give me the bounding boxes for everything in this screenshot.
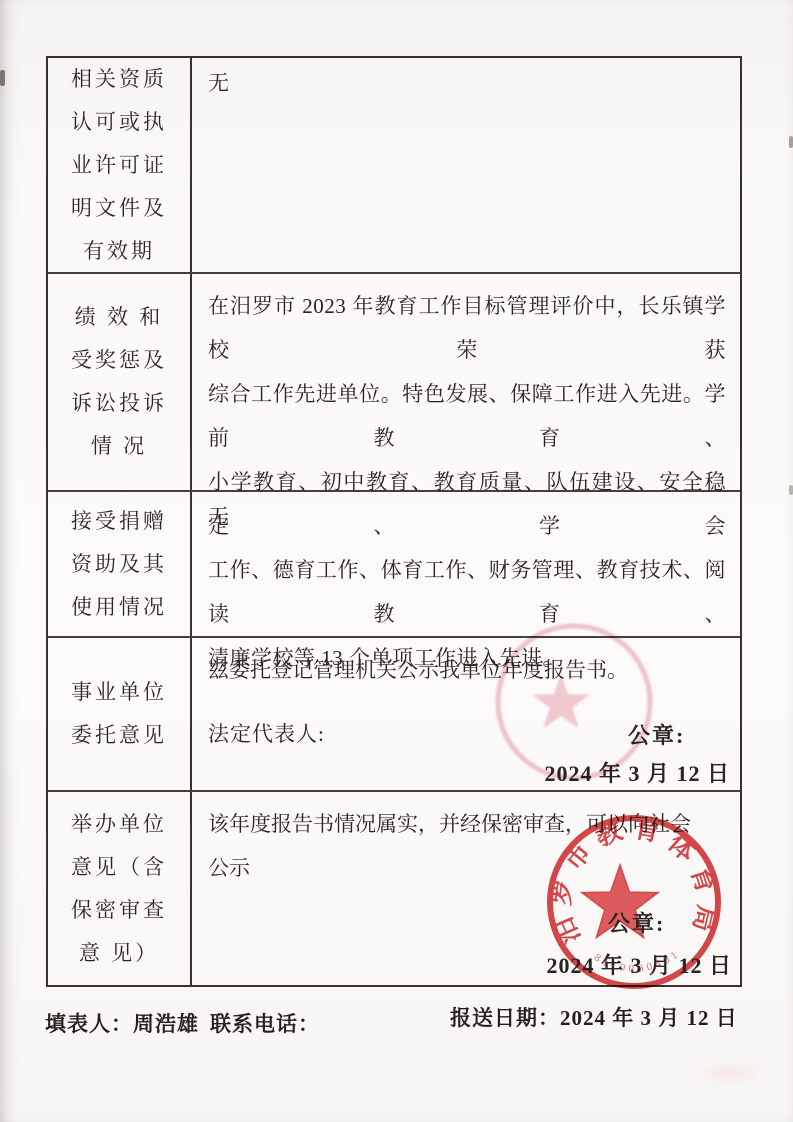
row-label-sponsor-opinion: 举办单位意见（含保密审查意 见） [48, 792, 192, 985]
text-line: 举办单位 [71, 803, 167, 846]
legal-representative-label: 法定代表人: [208, 712, 325, 756]
text-line: 诉讼投诉 [71, 382, 167, 425]
text-line: 意见（含 [71, 846, 167, 889]
row-content-donations: 无 [192, 492, 740, 636]
text-line: 该年度报告书情况属实，并经保密审查，可以向社会 [208, 802, 726, 846]
scan-artifact [0, 70, 5, 86]
row-label-qualifications: 相关资质认可或执业许可证明文件及有效期 [48, 58, 192, 272]
delegation-date: 2024 年 3 月 12 日 [544, 752, 730, 796]
row-label-delegation-opinion: 事业单位委托意见 [48, 638, 192, 790]
filler-field: 填表人：周浩雄 [45, 1008, 199, 1038]
table-row-delegation-opinion: 事业单位委托意见 兹委托登记管理机关公示我单位年度报告书。 法定代表人: 公章:… [48, 638, 740, 792]
text-line: 公示 [208, 846, 726, 890]
row-content-performance: 在汨罗市 2023 年教育工作目标管理评价中，长乐镇学校荣获综合工作先进单位。特… [192, 274, 740, 490]
report-date-field: 报送日期：2024 年 3 月 12 日 [450, 1002, 738, 1032]
row-content-delegation-opinion: 兹委托登记管理机关公示我单位年度报告书。 法定代表人: 公章: 2024 年 3… [192, 638, 740, 790]
text-line: 使用情况 [71, 586, 167, 629]
text-line: 委托意见 [71, 714, 167, 757]
text-line: 接受捐赠 [71, 500, 167, 543]
annual-report-table: 相关资质认可或执业许可证明文件及有效期 无 绩 效 和受奖惩及诉讼投诉情 况 在… [46, 56, 742, 987]
text-line: 明文件及 [71, 187, 167, 230]
qualifications-value: 无 [208, 68, 726, 98]
text-line: 业许可证 [71, 144, 167, 187]
row-label-performance: 绩 效 和受奖惩及诉讼投诉情 况 [48, 274, 192, 490]
text-line: 情 况 [91, 425, 147, 468]
text-line: 绩 效 和 [75, 296, 164, 339]
scanned-annual-report-page: 相关资质认可或执业许可证明文件及有效期 无 绩 效 和受奖惩及诉讼投诉情 况 在… [0, 0, 793, 1122]
sponsor-statement: 该年度报告书情况属实，并经保密审查，可以向社会公示 [208, 802, 726, 890]
text-line: 认可或执 [71, 101, 167, 144]
table-row-performance: 绩 效 和受奖惩及诉讼投诉情 况 在汨罗市 2023 年教育工作目标管理评价中，… [48, 274, 740, 492]
table-row-qualifications: 相关资质认可或执业许可证明文件及有效期 无 [48, 58, 740, 274]
text-line: 相关资质 [71, 58, 167, 101]
delegation-statement: 兹委托登记管理机关公示我单位年度报告书。 [208, 648, 726, 692]
text-line: 事业单位 [71, 671, 167, 714]
phone-label: 联系电话： [210, 1008, 320, 1038]
official-seal-label: 公章: [608, 902, 665, 946]
text-line: 综合工作先进单位。特色发展、保障工作进入先进。学前教育、 [208, 372, 726, 460]
text-line: 保密审查 [71, 889, 167, 932]
text-line: 有效期 [83, 230, 155, 273]
filler-name: 周浩雄 [133, 1012, 199, 1036]
table-row-donations: 接受捐赠资助及其使用情况 无 [48, 492, 740, 638]
row-label-donations: 接受捐赠资助及其使用情况 [48, 492, 192, 636]
sponsor-date: 2024 年 3 月 12 日 [546, 944, 732, 988]
table-row-sponsor-opinion: 举办单位意见（含保密审查意 见） 该年度报告书情况属实，并经保密审查，可以向社会… [48, 792, 740, 985]
text-line: 受奖惩及 [71, 339, 167, 382]
text-line: 意 见） [79, 932, 159, 975]
scan-artifact [789, 485, 793, 495]
report-date-label: 报送日期： [450, 1006, 560, 1030]
filler-label: 填表人： [45, 1012, 133, 1036]
footer-line: 填表人：周浩雄 联系电话： 报送日期：2024 年 3 月 12 日 [45, 1000, 751, 1034]
scan-artifact [789, 136, 793, 148]
row-content-sponsor-opinion: 该年度报告书情况属实，并经保密审查，可以向社会公示 公章: 2024 年 3 月… [192, 792, 740, 985]
row-content-qualifications: 无 [192, 58, 740, 272]
text-line: 资助及其 [71, 543, 167, 586]
text-line: 在汨罗市 2023 年教育工作目标管理评价中，长乐镇学校荣获 [208, 284, 726, 372]
donations-value: 无 [208, 502, 726, 532]
report-date-value: 2024 年 3 月 12 日 [560, 1006, 738, 1030]
scan-smudge [695, 1060, 765, 1086]
